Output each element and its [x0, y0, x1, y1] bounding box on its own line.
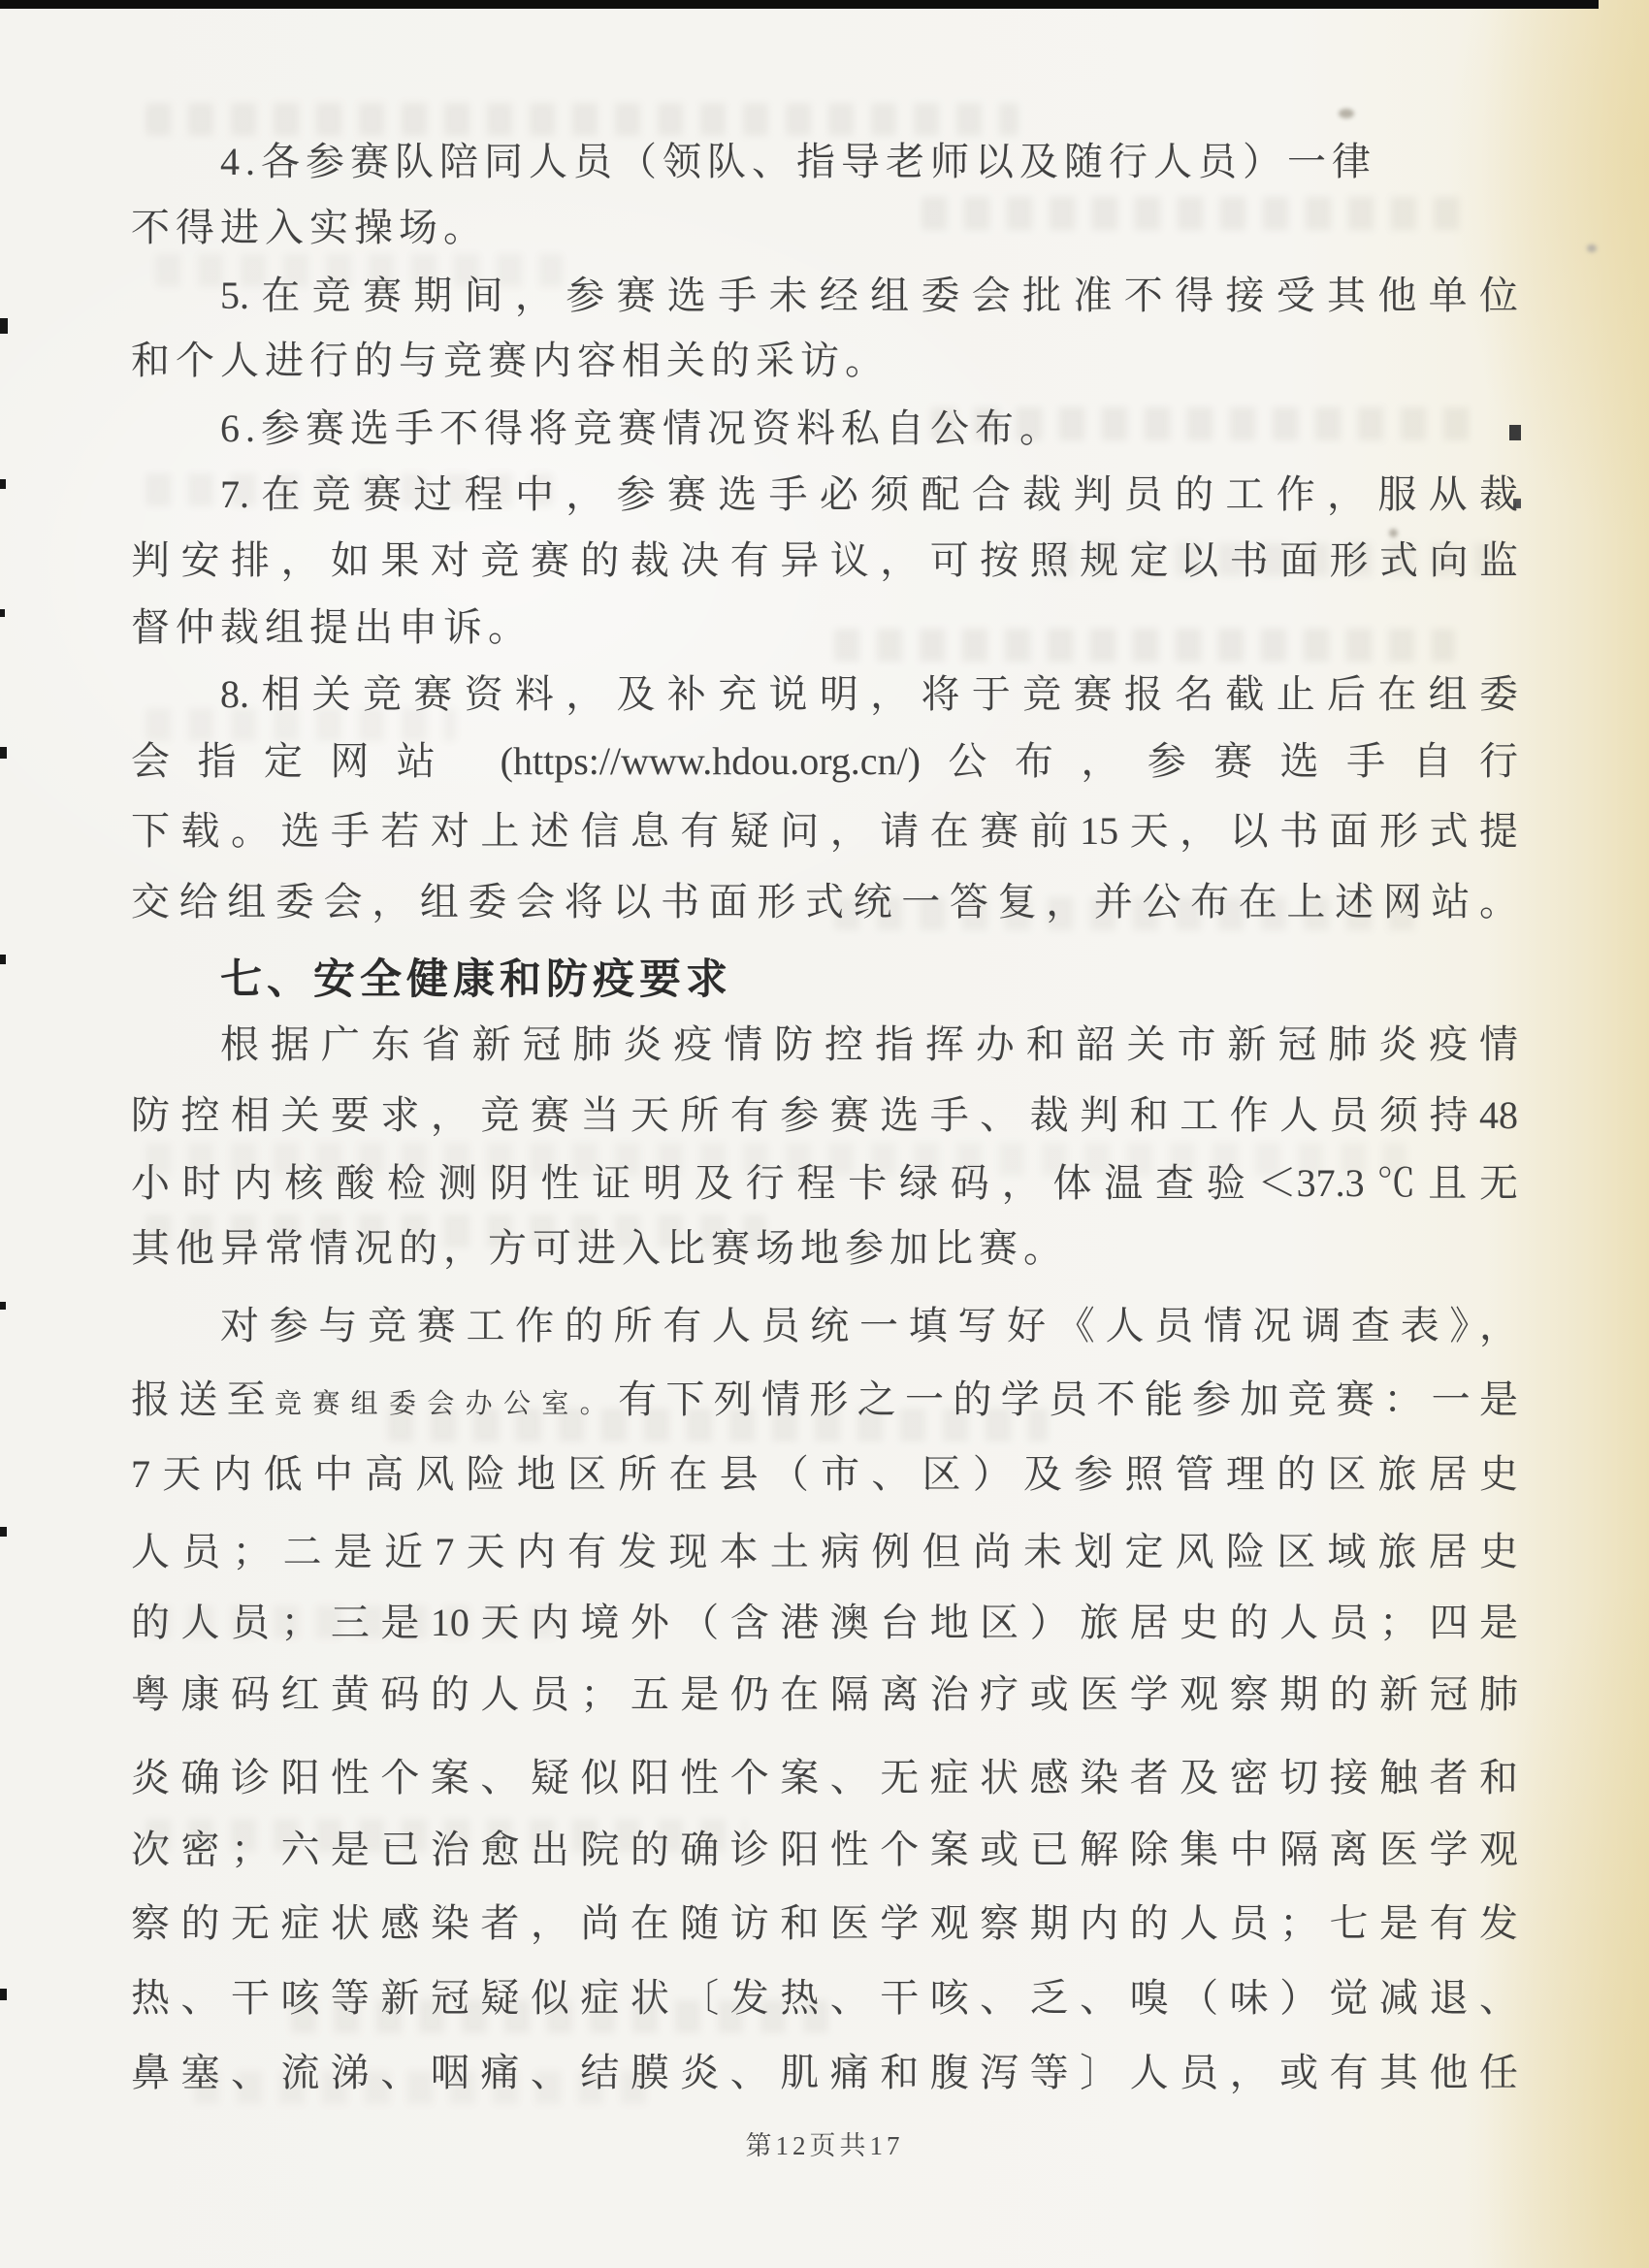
- text-line: 4.各参赛队陪同人员（领队、指导老师以及随行人员）一律: [131, 135, 1518, 189]
- section-heading: 七、安全健康和防疫要求: [220, 953, 1520, 1007]
- text-line: 6.参赛选手不得将竞赛情况资料私自公布。: [131, 402, 1518, 456]
- text-segment: 报送至: [131, 1377, 275, 1421]
- text-line: 8.相关竞赛资料，及补充说明，将于竞赛报名截止后在组委: [131, 667, 1518, 722]
- text-line: 5.在竞赛期间，参赛选手未经组委会批准不得接受其他单位: [131, 269, 1518, 323]
- text-line: 报送至竞赛组委会办公室。有下列情形之一的学员不能参加竞赛：一是: [131, 1373, 1518, 1432]
- text-line: 根据广东省新冠肺炎疫情防控指挥办和韶关市新冠肺炎疫情: [131, 1018, 1518, 1072]
- text-line: 人员；二是近7天内有发现本土病例但尚未划定风险区域旅居史: [131, 1525, 1518, 1579]
- text-line: 鼻塞、流涕、咽痛、结膜炎、肌痛和腹泻等〕人员，或有其他任: [131, 2046, 1518, 2100]
- text-line: 热、干咳等新冠疑似症状〔发热、干咳、乏、嗅（味）觉减退、: [131, 1971, 1518, 2025]
- text-line: 不得进入实操场。: [131, 201, 1518, 255]
- text-line: 对参与竞赛工作的所有人员统一填写好《人员情况调查表》，: [131, 1299, 1518, 1353]
- text-segment: 有下列情形之一的学员不能参加竞赛：一是: [618, 1377, 1518, 1421]
- text-line: 下载。选手若对上述信息有疑问，请在赛前15天，以书面形式提: [131, 804, 1518, 859]
- text-line: 判安排，如果对竞赛的裁决有异议，可按照规定以书面形式向监: [131, 534, 1518, 588]
- text-line: 粤康码红黄码的人员；五是仍在隔离治疗或医学观察期的新冠肺: [131, 1668, 1518, 1722]
- scanned-document-page: 4.各参赛队陪同人员（领队、指导老师以及随行人员）一律不得进入实操场。5.在竞赛…: [0, 0, 1649, 2268]
- text-line: 和个人进行的与竞赛内容相关的采访。: [131, 334, 1518, 388]
- text-line: 小时内核酸检测阴性证明及行程卡绿码，体温查验＜37.3℃且无: [131, 1156, 1518, 1211]
- text-line: 会指定网站 (https://www.hdou.org.cn/)公布，参赛选手自…: [131, 734, 1518, 789]
- small-text-segment: 竞赛组委会办公室。: [275, 1389, 618, 1419]
- page-number: 第12页共17: [0, 2124, 1649, 2162]
- text-line: 7.在竞赛过程中，参赛选手必须配合裁判员的工作，服从裁: [131, 468, 1518, 522]
- text-line: 7天内低中高风险地区所在县（市、区）及参照管理的区旅居史: [131, 1447, 1518, 1502]
- text-line: 督仲裁组提出申诉。: [131, 600, 1518, 655]
- text-line: 其他异常情况的，方可进入比赛场地参加比赛。: [131, 1221, 1518, 1276]
- text-line: 次密；六是已治愈出院的确诊阳性个案或已解除集中隔离医学观: [131, 1823, 1518, 1877]
- text-line: 炎确诊阳性个案、疑似阳性个案、无症状感染者及密切接触者和: [131, 1751, 1518, 1805]
- text-line: 交给组委会，组委会将以书面形式统一答复，并公布在上述网站。: [131, 875, 1518, 929]
- document-body: 4.各参赛队陪同人员（领队、指导老师以及随行人员）一律不得进入实操场。5.在竞赛…: [0, 0, 1649, 2268]
- text-line: 察的无症状感染者，尚在随访和医学观察期内的人员；七是有发: [131, 1896, 1518, 1951]
- text-line: 的人员；三是10天内境外（含港澳台地区）旅居史的人员；四是: [131, 1596, 1518, 1650]
- text-line: 防控相关要求，竞赛当天所有参赛选手、裁判和工作人员须持48: [131, 1088, 1518, 1143]
